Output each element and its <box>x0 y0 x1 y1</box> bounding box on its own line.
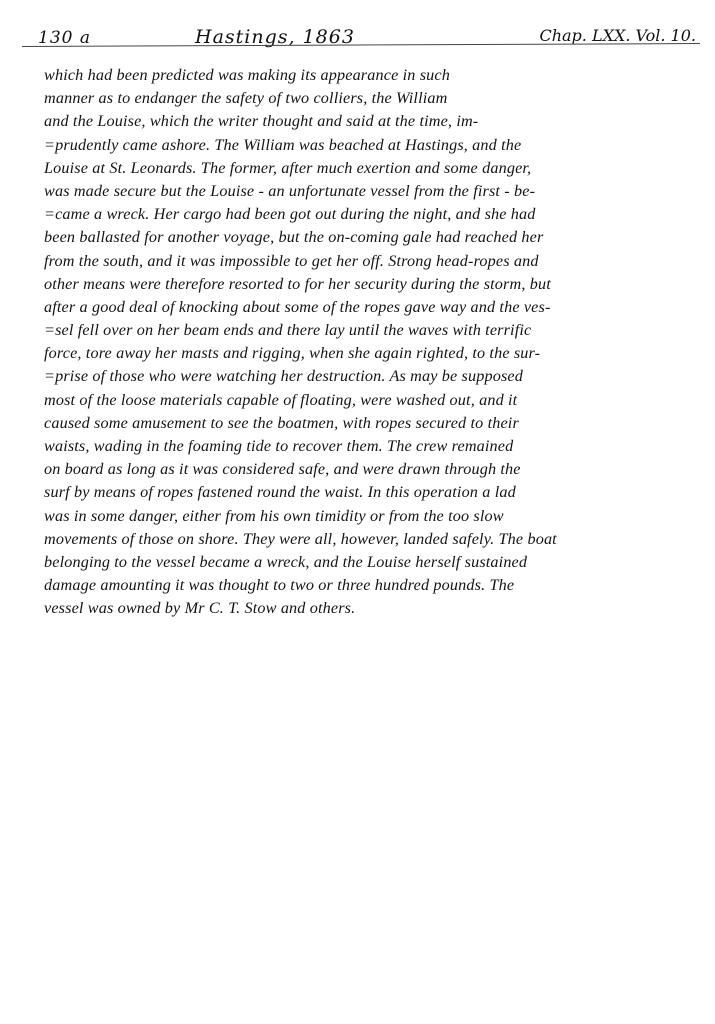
text-line: waists, wading in the foaming tide to re… <box>44 435 684 458</box>
text-line: on board as long as it was considered sa… <box>44 458 684 481</box>
text-line: which had been predicted was making its … <box>44 64 684 87</box>
text-line: other means were therefore resorted to f… <box>44 273 684 296</box>
text-line: damage amounting it was thought to two o… <box>44 574 684 597</box>
text-line: and the Louise, which the writer thought… <box>44 110 684 133</box>
text-line: =prise of those who were watching her de… <box>44 365 684 388</box>
text-line: was made secure but the Louise - an unfo… <box>44 180 684 203</box>
text-line: been ballasted for another voyage, but t… <box>44 226 684 249</box>
chapter-reference: Chap. LXX. Vol. 10. <box>539 26 696 45</box>
text-line: Louise at St. Leonards. The former, afte… <box>44 157 684 180</box>
text-line: movements of those on shore. They were a… <box>44 528 684 551</box>
text-line: was in some danger, either from his own … <box>44 505 684 528</box>
text-line: caused some amusement to see the boatmen… <box>44 412 684 435</box>
text-line: belonging to the vessel became a wreck, … <box>44 551 684 574</box>
handwritten-body-text: which had been predicted was making its … <box>44 64 684 621</box>
text-line: =came a wreck. Her cargo had been got ou… <box>44 203 684 226</box>
text-line: vessel was owned by Mr C. T. Stow and ot… <box>44 597 684 620</box>
text-line: after a good deal of knocking about some… <box>44 296 684 319</box>
text-line: =sel fell over on her beam ends and ther… <box>44 319 684 342</box>
text-line: most of the loose materials capable of f… <box>44 389 684 412</box>
manuscript-page: 130 a Hastings, 1863 Chap. LXX. Vol. 10.… <box>0 0 715 1024</box>
text-line: manner as to endanger the safety of two … <box>44 87 684 110</box>
text-line: =prudently came ashore. The William was … <box>44 134 684 157</box>
text-line: surf by means of ropes fastened round th… <box>44 481 684 504</box>
text-line: force, tore away her masts and rigging, … <box>44 342 684 365</box>
text-line: from the south, and it was impossible to… <box>44 250 684 273</box>
